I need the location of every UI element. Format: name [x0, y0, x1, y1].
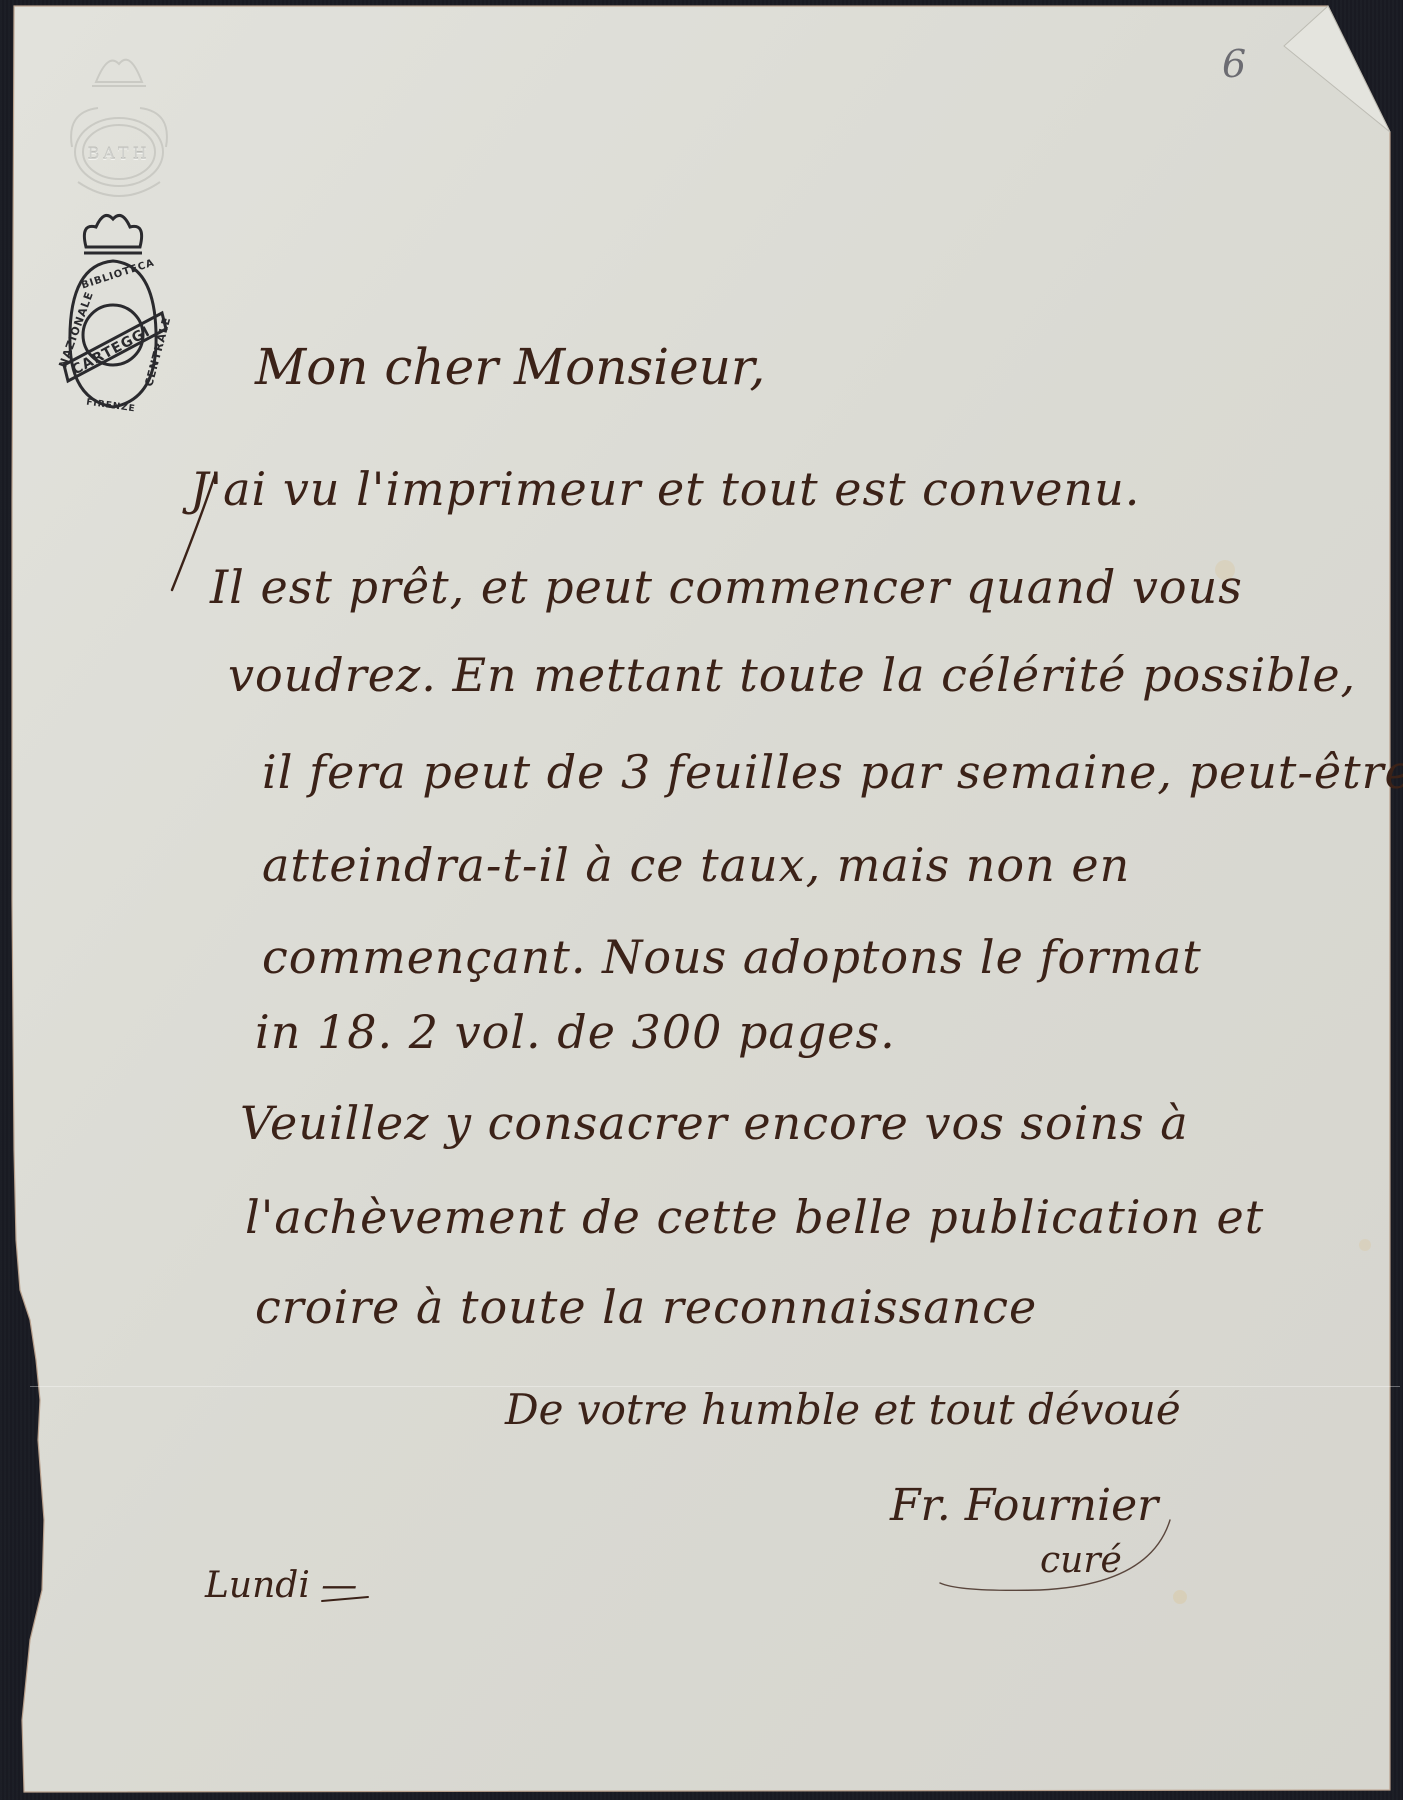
letter-line-5: atteindra-t-il à ce taux, mais non en: [262, 838, 1130, 892]
embossed-bath-seal-icon: BATH: [58, 42, 180, 212]
letter-line-4: il fera peut de 3 feuilles par semaine, …: [262, 745, 1403, 799]
signature-title: curé: [1040, 1540, 1122, 1581]
library-stamp: BIBLIOTECA NAZIONALE CARTEGGI CENTRALE F…: [58, 195, 168, 420]
letter-line-1: J'ai vu l'imprimeur et tout est convenu.: [190, 462, 1140, 516]
letter-signature: Fr. Fournier: [890, 1480, 1158, 1531]
paper-shape: [0, 0, 1403, 1800]
letter-line-7: in 18. 2 vol. de 300 pages.: [255, 1005, 896, 1059]
letter-line-3: voudrez. En mettant toute la célérité po…: [228, 648, 1356, 702]
emboss-label: BATH: [58, 144, 180, 163]
letter-greeting: Mon cher Monsieur,: [255, 338, 765, 396]
letter-line-10: croire à toute la reconnaissance: [255, 1280, 1037, 1334]
letter-sheet: 6 BATH BIBLIOTECA NAZION: [0, 0, 1403, 1800]
pencil-page-number: 6: [1222, 42, 1246, 86]
letter-line-2: Il est prêt, et peut commencer quand vou…: [210, 560, 1243, 614]
letter-line-9: l'achèvement de cette belle publication …: [245, 1190, 1264, 1244]
letter-line-8: Veuillez y consacrer encore vos soins à: [240, 1096, 1189, 1150]
letter-day: Lundi —: [205, 1565, 357, 1606]
letter-closing: De votre humble et tout dévoué: [505, 1385, 1181, 1434]
letter-line-6: commençant. Nous adoptons le format: [262, 930, 1202, 984]
